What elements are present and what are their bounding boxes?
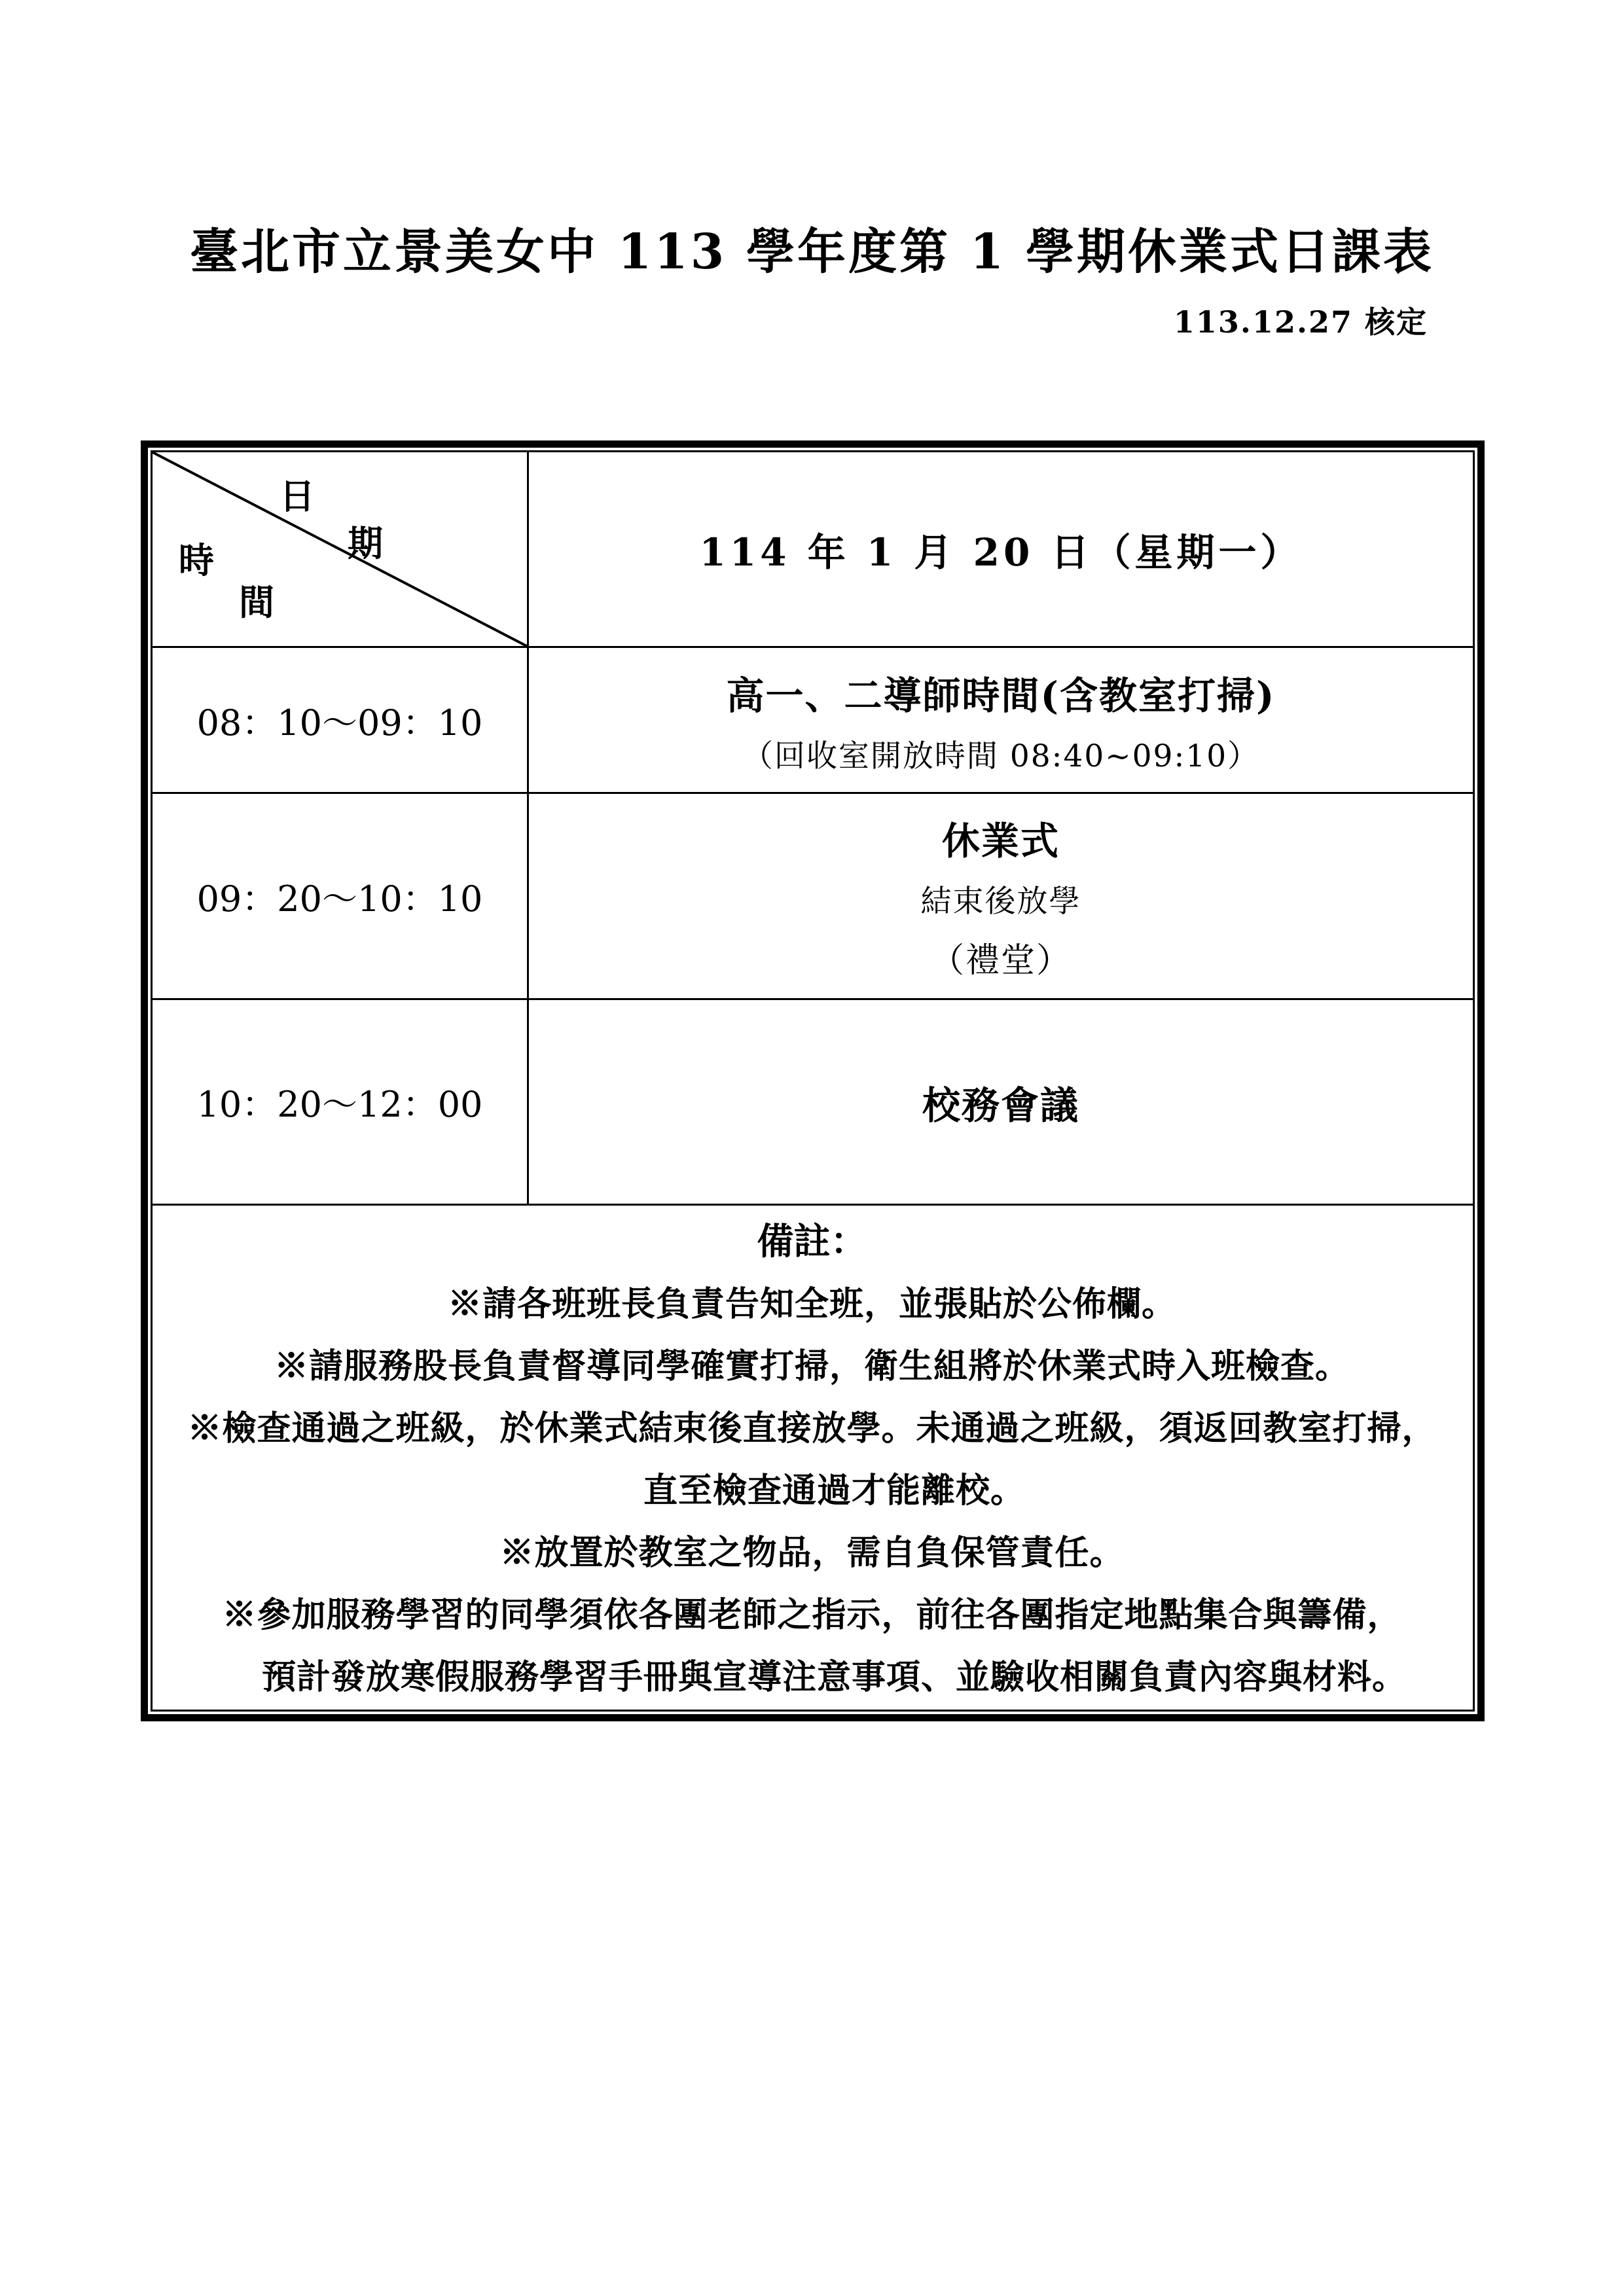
date-header-cell: 114 年 1 月 20 日（星期一） [528,452,1474,647]
event-cell: 高一、二導師時間(含教室打掃) （回收室開放時間 08:40~09:10） [528,647,1474,793]
schedule-table: 日 期 時 間 114 年 1 月 20 日（星期一） 08：10～09：10 … [141,440,1485,1721]
note-item-continuation: 直至檢查通過才能離校。 [158,1460,1466,1522]
note-item: ※檢查通過之班級，於休業式結束後直接放學。未通過之班級，須返回教室打掃， [158,1397,1466,1460]
notes-row: 備註： ※請各班班長負責告知全班，並張貼於公佈欄。 ※請服務股長負責督導同學確實… [152,1204,1474,1710]
event-title: 高一、二導師時間(含教室打掃) [727,665,1276,720]
event-subtitle: （回收室開放時間 08:40~09:10） [742,732,1259,776]
corner-date-char: 期 [348,526,383,561]
note-item: ※參加服務學習的同學須依各團老師之指示，前往各團指定地點集合與籌備， [158,1584,1466,1646]
time-slot: 08：10～09：10 [152,647,528,793]
time-slot: 09：20～10：10 [152,793,528,999]
schedule-table-grid: 日 期 時 間 114 年 1 月 20 日（星期一） 08：10～09：10 … [151,450,1475,1712]
table-row: 08：10～09：10 高一、二導師時間(含教室打掃) （回收室開放時間 08:… [152,647,1474,793]
corner-time-char: 時 [179,543,214,578]
table-row: 09：20～10：10 休業式 結束後放學 （禮堂） [152,793,1474,999]
event-title: 校務會議 [922,1075,1079,1130]
event-subtitle: 結束後放學 [921,877,1081,921]
time-slot: 10：20～12：00 [152,999,528,1204]
corner-time-char: 間 [239,584,274,620]
note-item: ※請服務股長負責督導同學確實打掃，衛生組將於休業式時入班檢查。 [158,1335,1466,1397]
table-header-row: 日 期 時 間 114 年 1 月 20 日（星期一） [152,452,1474,647]
note-item: ※放置於教室之物品，需自負保管責任。 [158,1522,1466,1584]
note-item-continuation: 預計發放寒假服務學習手冊與宣導注意事項、並驗收相關負責內容與材料。 [158,1646,1466,1708]
event-location: （禮堂） [930,933,1072,982]
note-item: ※請各班班長負責告知全班，並張貼於公佈欄。 [158,1273,1466,1335]
page-title: 臺北市立景美女中 113 學年度第 1 學期休業式日課表 [0,213,1624,283]
notes-heading: 備註： [158,1210,1466,1273]
event-cell: 校務會議 [528,999,1474,1204]
approval-date: 113.12.27 核定 [1174,298,1428,342]
event-title: 休業式 [942,810,1060,865]
event-cell: 休業式 結束後放學 （禮堂） [528,793,1474,999]
notes-cell: 備註： ※請各班班長負責告知全班，並張貼於公佈欄。 ※請服務股長負責督導同學確實… [152,1204,1474,1710]
corner-date-char: 日 [280,478,315,514]
table-row: 10：20～12：00 校務會議 [152,999,1474,1204]
corner-header-cell: 日 期 時 間 [152,452,528,647]
